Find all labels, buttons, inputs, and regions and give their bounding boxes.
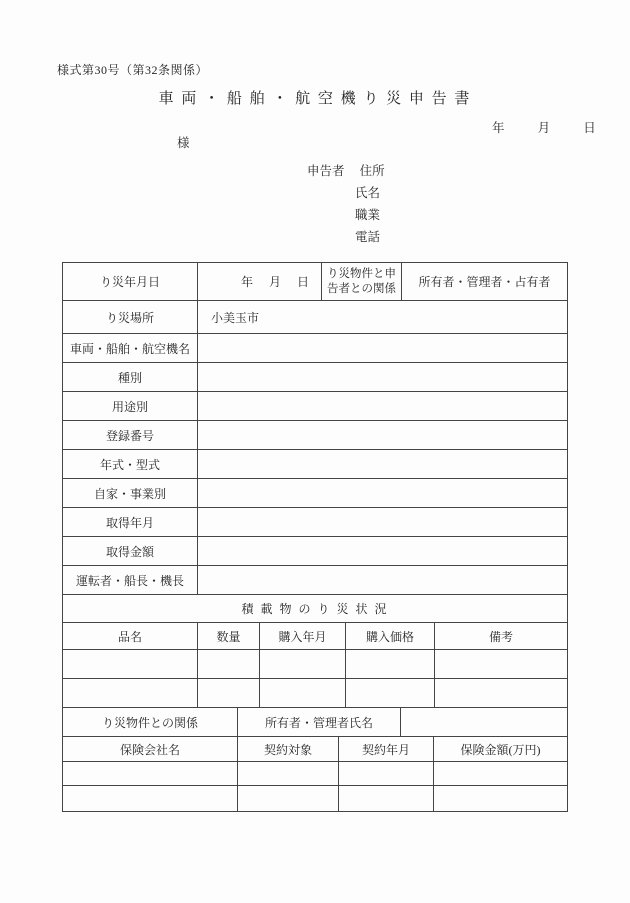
relation-row: り災物件との関係 所有者・管理者氏名 (63, 708, 567, 737)
label-category: 種別 (63, 363, 198, 391)
addressee-honorific: 様 (177, 133, 190, 151)
table-row-driver-captain-pilot: 運転者・船長・機長 (63, 566, 567, 595)
label-owner-manager-name: 所有者・管理者氏名 (238, 708, 401, 736)
insurance-header-contract-date: 契約年月 (339, 737, 434, 761)
applicant-address-line: 申告者 住所 (307, 160, 385, 182)
table-row-acquisition-date: 取得年月 (63, 508, 567, 537)
date-year-label: 年 (492, 121, 505, 135)
table-row-category: 種別 (63, 363, 567, 392)
field-disaster-date: 年 月 日 (198, 263, 322, 300)
field-model-year (198, 450, 567, 478)
label-relation-line1: り災物件と申 (327, 267, 396, 282)
table-row-registration-number: 登録番号 (63, 421, 567, 450)
insurance-cell-contract-date (339, 786, 434, 811)
table-row-acquisition-price: 取得金額 (63, 537, 567, 566)
cargo-cell-purchase-date (260, 650, 346, 678)
insurance-cell-amount (434, 786, 567, 811)
cargo-empty-row (63, 650, 567, 679)
applicant-label: 申告者 (307, 164, 345, 178)
label-disaster-date: り災年月日 (63, 263, 198, 300)
label-model-year: 年式・型式 (63, 450, 198, 478)
date-month-label: 月 (538, 121, 551, 135)
applicant-field-occupation: 職業 (307, 204, 385, 226)
form-title: 車 両 ・ 船 舶 ・ 航 空 機 り 災 申 告 書 (0, 87, 630, 108)
field-acquisition-price (198, 537, 567, 565)
label-relation-line2: 告者との関係 (327, 282, 396, 297)
cargo-cell-quantity (198, 650, 260, 678)
cargo-header-remarks: 備考 (435, 623, 567, 649)
table-row-model-year: 年式・型式 (63, 450, 567, 479)
insurance-cell-amount (434, 762, 567, 785)
field-category (198, 363, 567, 391)
label-usage-type: 用途別 (63, 392, 198, 420)
label-disaster-place: り災場所 (63, 301, 198, 333)
applicant-field-phone: 電話 (307, 226, 385, 248)
field-driver-captain-pilot (198, 566, 567, 594)
cargo-section-title: 積 載 物 の り 災 状 況 (63, 595, 567, 622)
applicant-block: 申告者 住所 氏名 職業 電話 (307, 160, 385, 248)
insurance-empty-row (63, 786, 567, 811)
insurance-empty-row (63, 762, 567, 786)
insurance-cell-company (63, 786, 238, 811)
label-relation-to-property: り災物件との関係 (63, 708, 238, 736)
field-private-business (198, 479, 567, 507)
cargo-cell-purchase-price (346, 650, 435, 678)
cargo-cell-item-name (63, 650, 198, 678)
cargo-cell-remarks (435, 650, 567, 678)
applicant-field-address: 住所 (360, 164, 385, 178)
label-acquisition-price: 取得金額 (63, 537, 198, 565)
insurance-header-contract-target: 契約対象 (238, 737, 339, 761)
main-table: り災年月日 年 月 日 り災物件と申 告者との関係 所有者・管理者・占有者 り災… (62, 262, 568, 812)
insurance-cell-contract-target (238, 762, 339, 785)
field-acquisition-date (198, 508, 567, 536)
field-vehicle-name (198, 334, 567, 362)
insurance-cell-contract-target (238, 786, 339, 811)
insurance-cell-company (63, 762, 238, 785)
cargo-cell-item-name (63, 679, 198, 707)
date-line: 年 月 日 (492, 118, 596, 136)
cargo-cell-quantity (198, 679, 260, 707)
cargo-section-header-row: 積 載 物 の り 災 状 況 (63, 595, 567, 623)
cargo-cell-purchase-date (260, 679, 346, 707)
cargo-header-purchase-date: 購入年月 (260, 623, 346, 649)
insurance-header-row: 保険会社名 契約対象 契約年月 保険金額(万円) (63, 737, 567, 762)
table-row-disaster-date: り災年月日 年 月 日 り災物件と申 告者との関係 所有者・管理者・占有者 (63, 263, 567, 301)
label-registration-number: 登録番号 (63, 421, 198, 449)
date-day-label: 日 (583, 121, 596, 135)
cargo-header-item-name: 品名 (63, 623, 198, 649)
cargo-cell-purchase-price (346, 679, 435, 707)
table-row-private-business: 自家・事業別 (63, 479, 567, 508)
field-owner-manager-name (401, 708, 567, 736)
insurance-header-amount: 保険金額(万円) (434, 737, 567, 761)
field-disaster-place: 小美玉市 (198, 301, 567, 333)
cargo-header-purchase-price: 購入価格 (346, 623, 435, 649)
label-private-business: 自家・事業別 (63, 479, 198, 507)
label-vehicle-name: 車両・船舶・航空機名 (63, 334, 198, 362)
cargo-header-row: 品名 数量 購入年月 購入価格 備考 (63, 623, 567, 650)
owner-manager-occupant-options: 所有者・管理者・占有者 (402, 263, 567, 300)
label-acquisition-date: 取得年月 (63, 508, 198, 536)
field-usage-type (198, 392, 567, 420)
label-driver-captain-pilot: 運転者・船長・機長 (63, 566, 198, 594)
insurance-header-company: 保険会社名 (63, 737, 238, 761)
cargo-header-quantity: 数量 (198, 623, 260, 649)
table-row-vehicle-name: 車両・船舶・航空機名 (63, 334, 567, 363)
table-row-usage-type: 用途別 (63, 392, 567, 421)
label-relation-to-applicant: り災物件と申 告者との関係 (322, 263, 402, 300)
form-number: 様式第30号（第32条関係） (57, 61, 208, 78)
cargo-cell-remarks (435, 679, 567, 707)
field-registration-number (198, 421, 567, 449)
applicant-field-name: 氏名 (307, 182, 385, 204)
cargo-empty-row (63, 679, 567, 708)
table-row-disaster-place: り災場所 小美玉市 (63, 301, 567, 334)
insurance-cell-contract-date (339, 762, 434, 785)
form-page: 様式第30号（第32条関係） 車 両 ・ 船 舶 ・ 航 空 機 り 災 申 告… (0, 0, 630, 903)
